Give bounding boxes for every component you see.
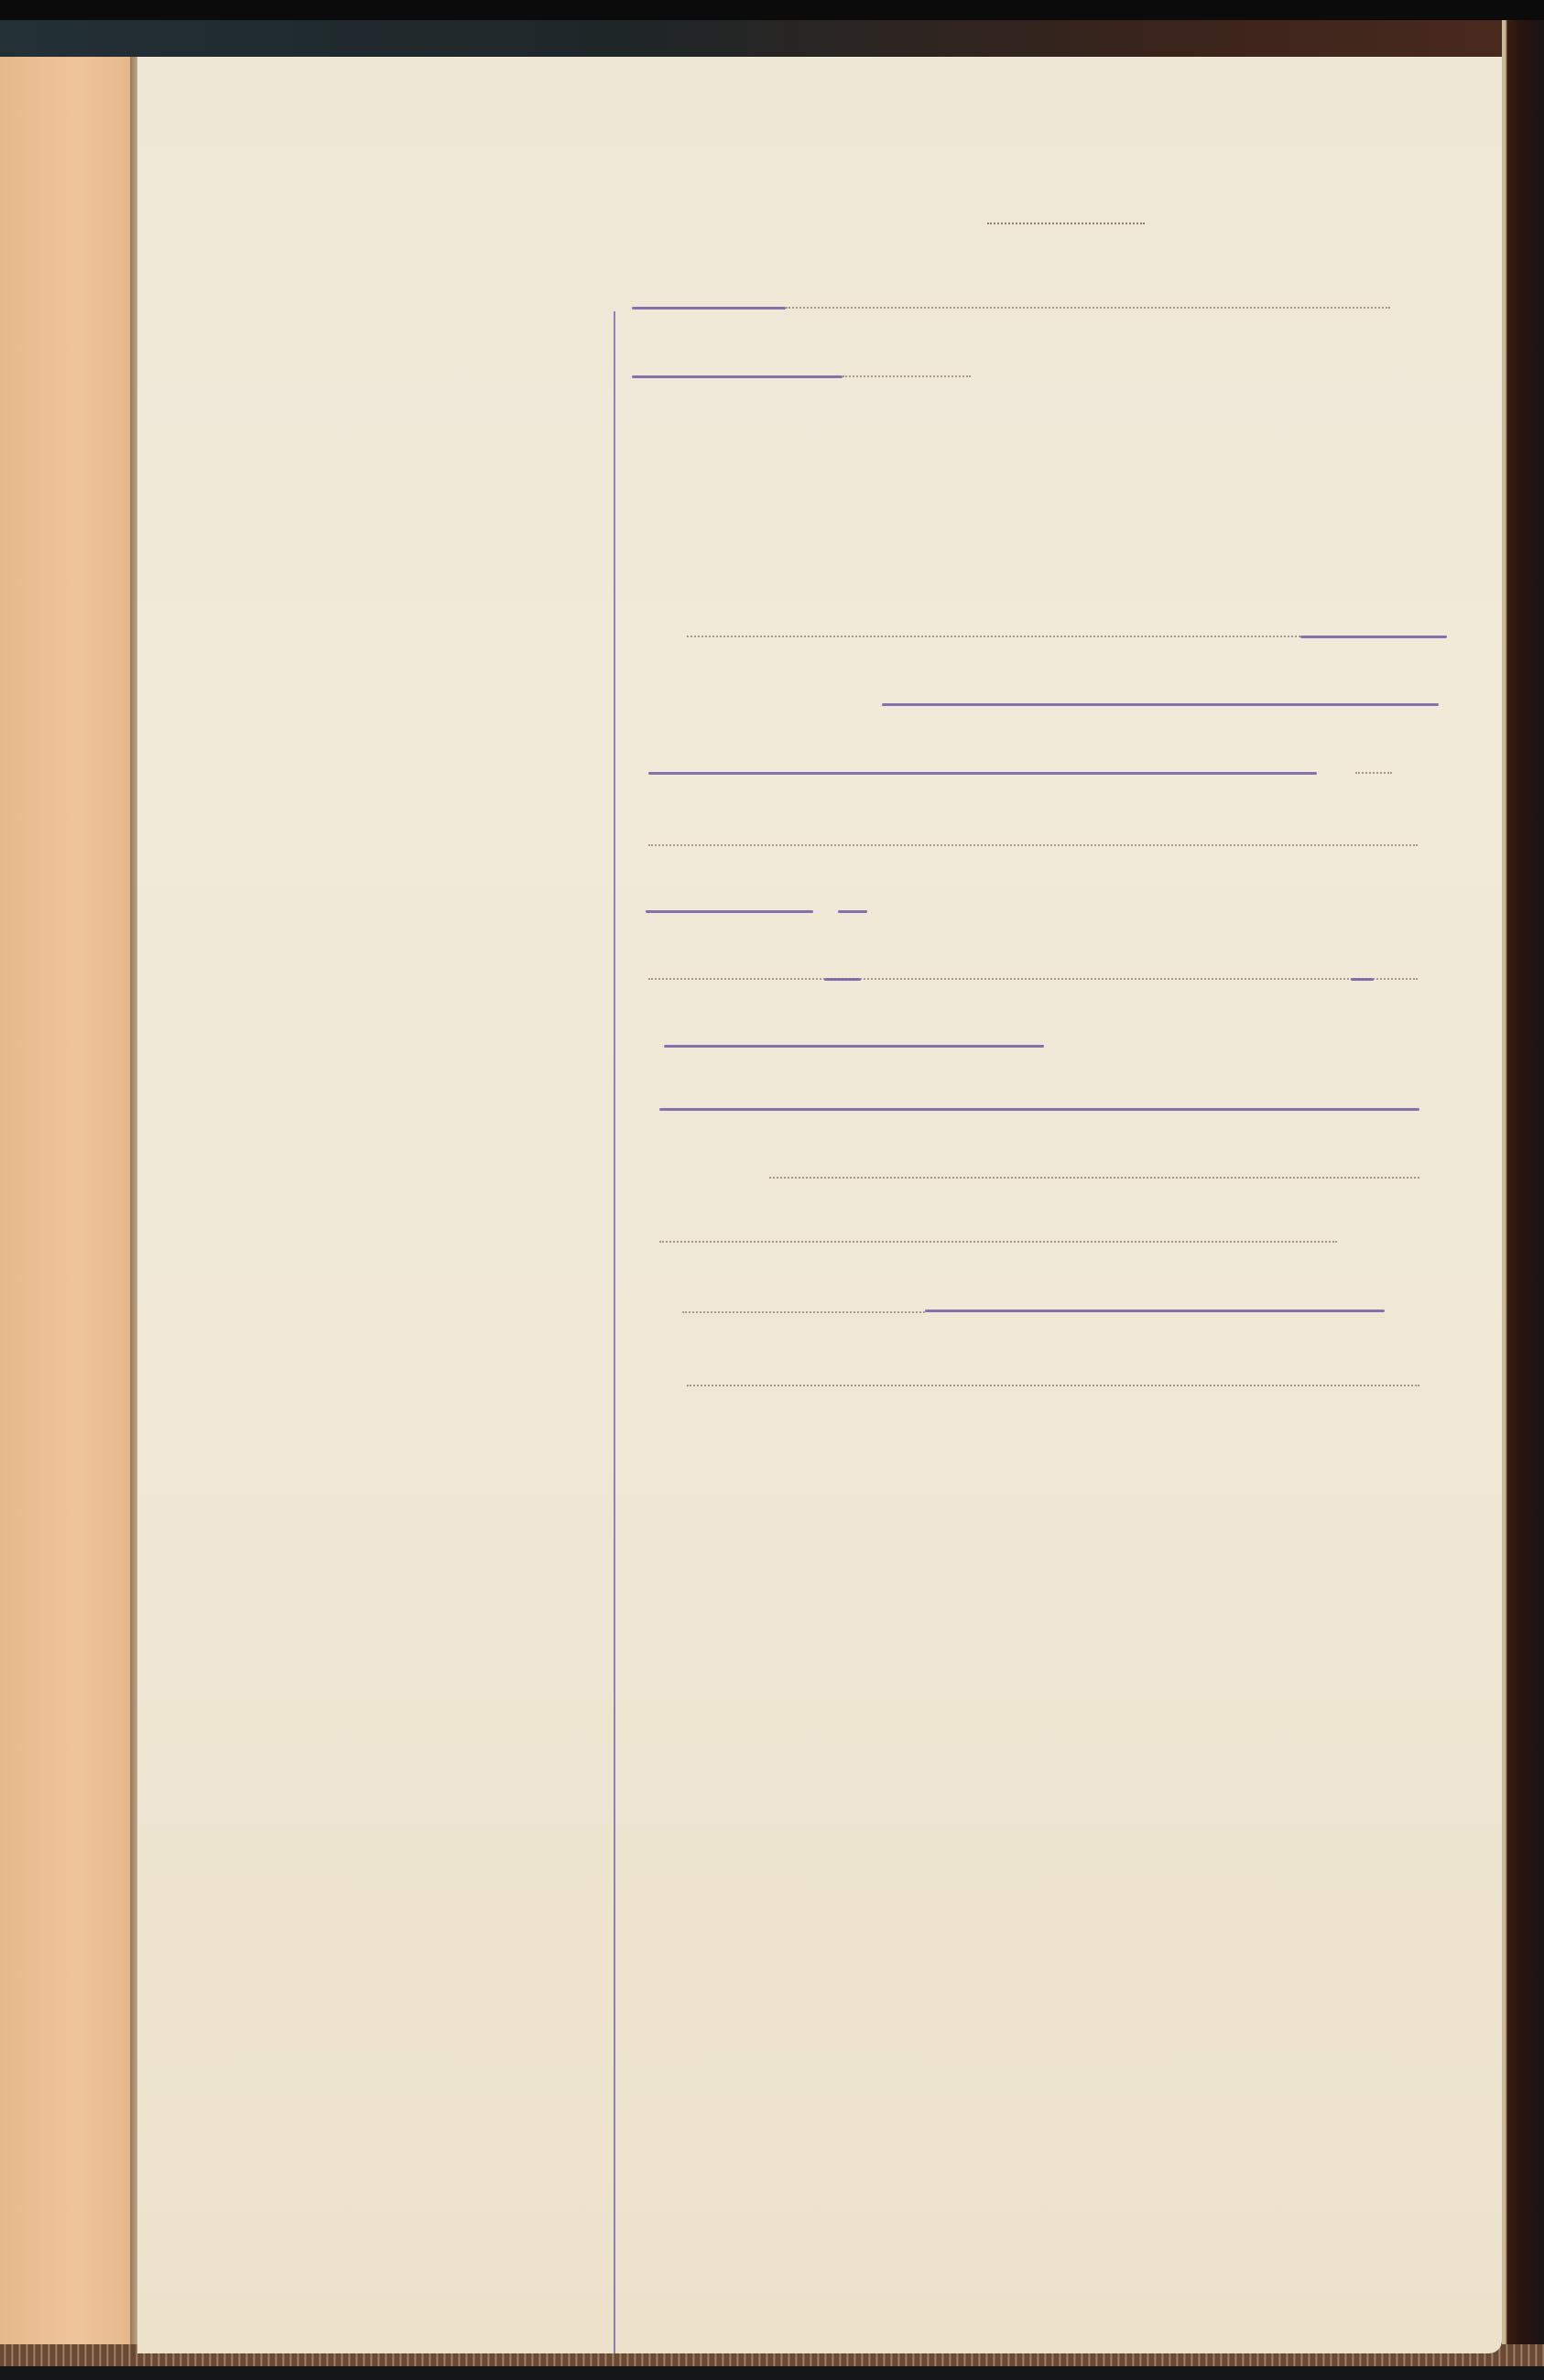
ruled-line	[648, 772, 1317, 775]
record-number-leader	[987, 223, 1145, 224]
book-cover-right	[1502, 20, 1544, 2380]
ruled-line	[659, 1108, 1419, 1111]
margin-rule	[614, 311, 615, 2353]
ruled-line	[664, 1045, 1044, 1048]
ruled-line	[824, 978, 861, 981]
ruled-line	[925, 1310, 1385, 1312]
ruled-line	[838, 910, 867, 913]
facing-page-left	[0, 57, 130, 2357]
book-cover-top	[0, 20, 1544, 57]
dotted-leader	[682, 1311, 925, 1313]
ruled-line	[1351, 978, 1374, 981]
register-page	[137, 57, 1502, 2353]
window-title-bar	[0, 0, 1544, 20]
dotted-leader	[843, 375, 971, 377]
ruled-line	[882, 703, 1439, 706]
ruled-line	[632, 307, 786, 310]
dotted-leader	[687, 1385, 1419, 1386]
dotted-leader	[648, 978, 1418, 980]
dotted-leader	[1355, 772, 1392, 774]
ruled-line	[1300, 636, 1447, 638]
ruled-line	[646, 910, 813, 913]
ruled-line	[632, 375, 843, 378]
dotted-leader	[659, 1241, 1337, 1243]
dotted-leader	[786, 307, 1390, 309]
dotted-leader	[687, 636, 1300, 637]
dotted-leader	[648, 844, 1418, 846]
dotted-leader	[769, 1177, 1419, 1179]
